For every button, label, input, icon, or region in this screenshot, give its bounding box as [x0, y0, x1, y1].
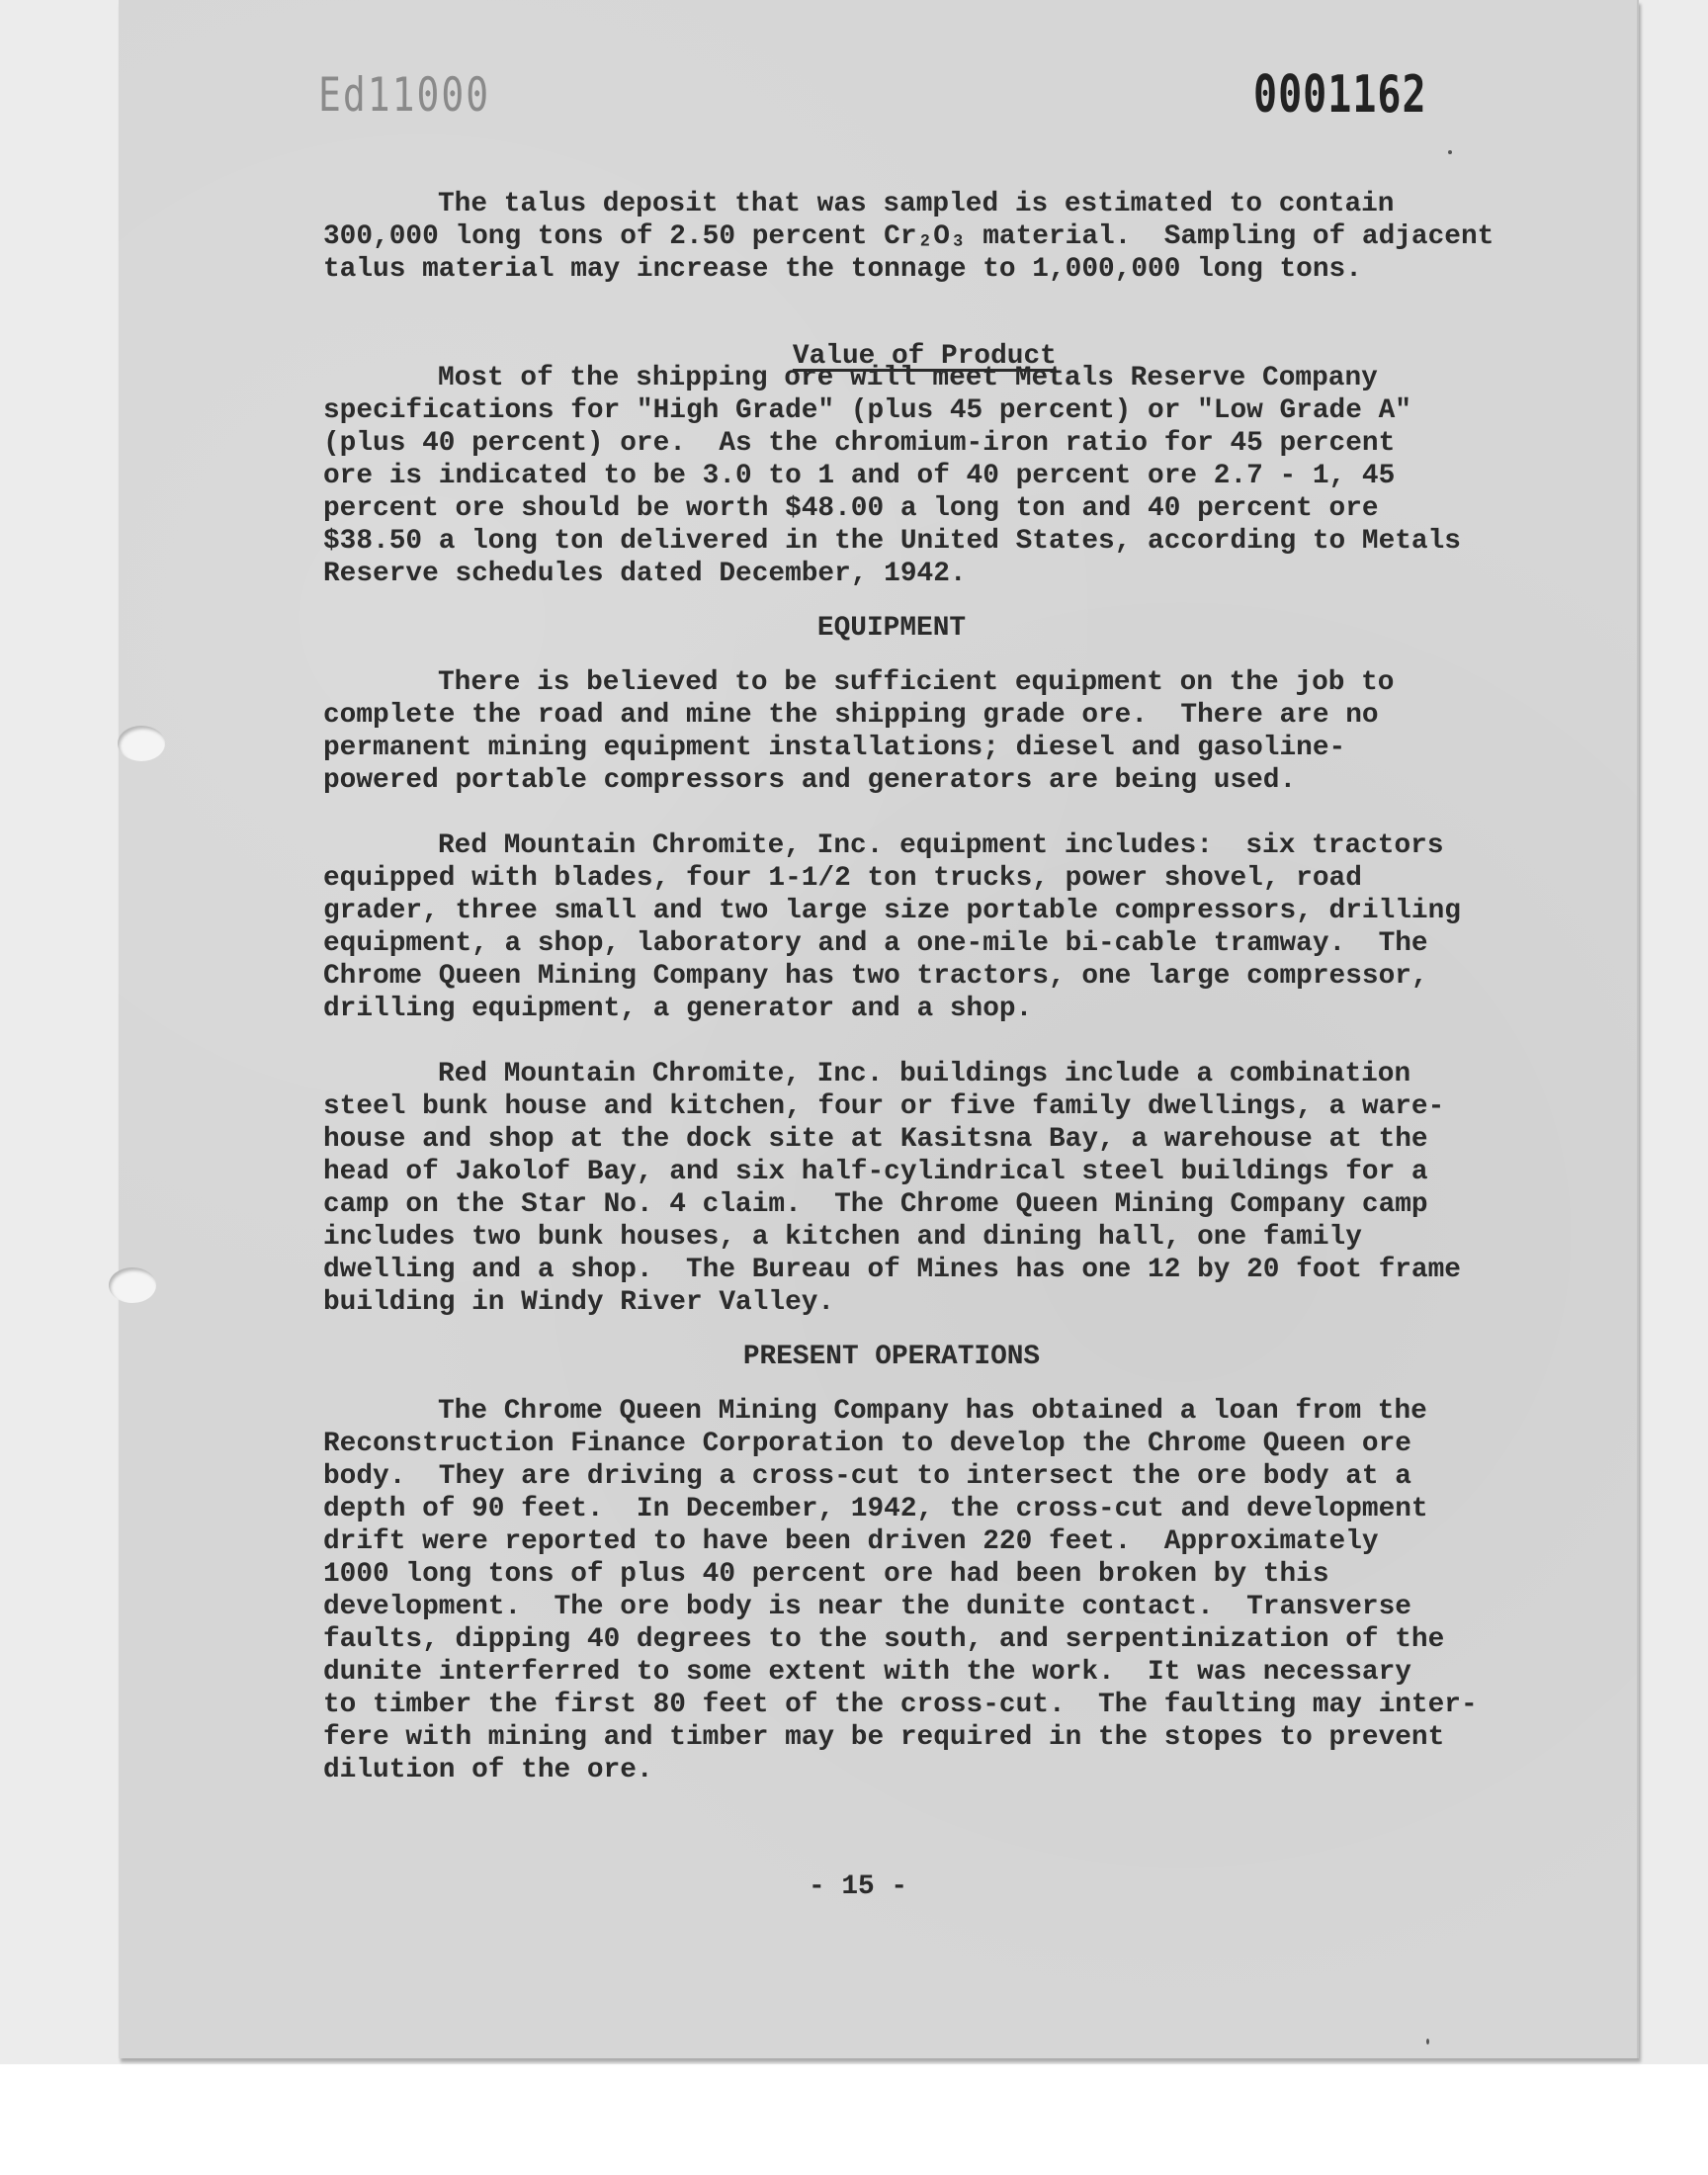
- document-body: The talus deposit that was sampled is es…: [323, 188, 1509, 1786]
- text-line: house and shop at the dock site at Kasit…: [323, 1123, 1509, 1156]
- faded-stamp-number: Ed11000: [318, 67, 490, 122]
- text-line: Most of the shipping ore will meet Metal…: [323, 362, 1509, 394]
- text-line: $38.50 a long ton delivered in the Unite…: [323, 525, 1509, 558]
- paragraph-equipment-sufficiency: There is believed to be sufficient equip…: [323, 666, 1509, 797]
- text-line: drift were reported to have been driven …: [323, 1525, 1509, 1558]
- section-heading-value-of-product: Value of Product: [323, 307, 1460, 340]
- text-line: The talus deposit that was sampled is es…: [323, 188, 1509, 220]
- text-line: 1000 long tons of plus 40 percent ore ha…: [323, 1558, 1509, 1591]
- text-line: building in Windy River Valley.: [323, 1286, 1509, 1319]
- text-line: development. The ore body is near the du…: [323, 1591, 1509, 1623]
- text-line: faults, dipping 40 degrees to the south,…: [323, 1623, 1509, 1656]
- text-line: equipment, a shop, laboratory and a one-…: [323, 927, 1509, 960]
- speck-mark: [1448, 150, 1452, 154]
- text-line: depth of 90 feet. In December, 1942, the…: [323, 1493, 1509, 1525]
- text-line: The Chrome Queen Mining Company has obta…: [323, 1395, 1509, 1428]
- paragraph-present-operations: The Chrome Queen Mining Company has obta…: [323, 1395, 1509, 1786]
- text-line: Reserve schedules dated December, 1942.: [323, 558, 1509, 590]
- text-line: percent ore should be worth $48.00 a lon…: [323, 492, 1509, 525]
- text-line: grader, three small and two large size p…: [323, 895, 1509, 927]
- text-line: body. They are driving a cross-cut to in…: [323, 1460, 1509, 1493]
- text-line: Red Mountain Chromite, Inc. buildings in…: [323, 1058, 1509, 1090]
- section-heading-equipment: EQUIPMENT: [323, 612, 1460, 645]
- text-line: dwelling and a shop. The Bureau of Mines…: [323, 1254, 1509, 1286]
- text-line: head of Jakolof Bay, and six half-cylind…: [323, 1156, 1509, 1188]
- text-line: powered portable compressors and generat…: [323, 764, 1509, 797]
- text-line: Chrome Queen Mining Company has two trac…: [323, 960, 1509, 993]
- text-line: complete the road and mine the shipping …: [323, 699, 1509, 732]
- text-line: Red Mountain Chromite, Inc. equipment in…: [323, 829, 1509, 862]
- text-line: fere with mining and timber may be requi…: [323, 1721, 1509, 1754]
- text-line: to timber the first 80 feet of the cross…: [323, 1689, 1509, 1721]
- text-line: (plus 40 percent) ore. As the chromium-i…: [323, 427, 1509, 460]
- text-line: 300,000 long tons of 2.50 percent Cr₂O₃ …: [323, 220, 1509, 253]
- text-line: drilling equipment, a generator and a sh…: [323, 993, 1509, 1025]
- text-line: steel bunk house and kitchen, four or fi…: [323, 1090, 1509, 1123]
- text-line: dunite interferred to some extent with t…: [323, 1656, 1509, 1689]
- text-line: Reconstruction Finance Corporation to de…: [323, 1428, 1509, 1460]
- paragraph-buildings: Red Mountain Chromite, Inc. buildings in…: [323, 1058, 1509, 1319]
- text-line: ore is indicated to be 3.0 to 1 and of 4…: [323, 460, 1509, 492]
- paragraph-value: Most of the shipping ore will meet Metal…: [323, 362, 1509, 590]
- text-line: talus material may increase the tonnage …: [323, 253, 1509, 286]
- punch-hole-upper: [118, 726, 165, 761]
- text-line: includes two bunk houses, a kitchen and …: [323, 1221, 1509, 1254]
- speck-mark: [1426, 2039, 1429, 2044]
- page-number: - 15 -: [809, 1871, 907, 1902]
- document-control-number: 0001162: [1253, 65, 1427, 125]
- text-line: equipped with blades, four 1-1/2 ton tru…: [323, 862, 1509, 895]
- text-line: specifications for "High Grade" (plus 45…: [323, 394, 1509, 427]
- paragraph-talus-deposit: The talus deposit that was sampled is es…: [323, 188, 1509, 286]
- text-line: permanent mining equipment installations…: [323, 732, 1509, 764]
- punch-hole-lower: [109, 1267, 156, 1303]
- text-line: dilution of the ore.: [323, 1754, 1509, 1786]
- paragraph-equipment-list: Red Mountain Chromite, Inc. equipment in…: [323, 829, 1509, 1025]
- text-line: There is believed to be sufficient equip…: [323, 666, 1509, 699]
- section-heading-present-operations: PRESENT OPERATIONS: [323, 1341, 1460, 1373]
- text-line: camp on the Star No. 4 claim. The Chrome…: [323, 1188, 1509, 1221]
